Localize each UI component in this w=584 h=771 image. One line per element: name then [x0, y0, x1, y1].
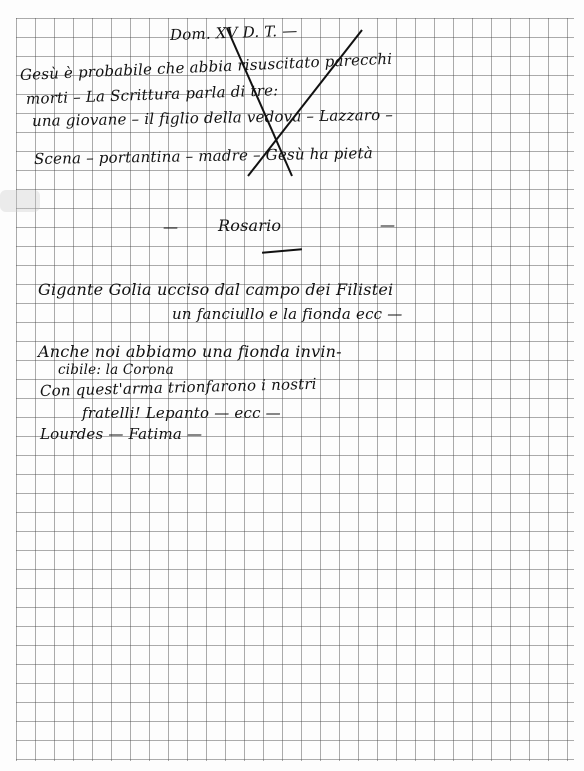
paper-smudge [0, 190, 40, 212]
note-line-3: Anche noi abbiamo una fionda invin- [38, 342, 342, 361]
note-line-4: cibile: la Corona [58, 362, 174, 378]
note-line-7: Lourdes — Fatima — [40, 425, 202, 443]
title-right-dash: — [380, 216, 395, 234]
notebook-page: Dom. XV D. T. — Gesù è probabile che abb… [0, 0, 584, 771]
title-left-dash: — [163, 218, 178, 236]
note-line-2: un fanciullo e la fionda ecc — [172, 305, 402, 323]
note-line-6: fratelli! Lepanto — ecc — [82, 404, 281, 422]
section-title-text: Rosario [218, 216, 281, 235]
note-line-1: Gigante Golia ucciso dal campo dei Filis… [38, 280, 393, 299]
